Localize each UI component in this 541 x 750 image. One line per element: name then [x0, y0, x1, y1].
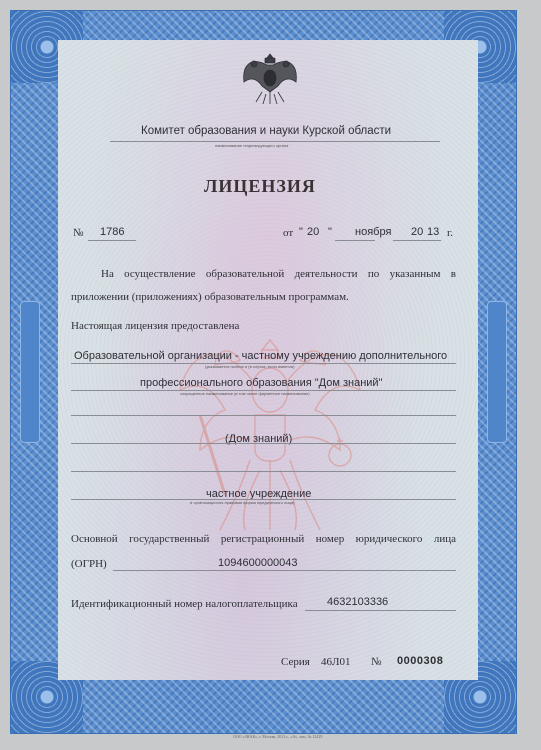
inn-value: 4632103336: [327, 596, 388, 608]
license-number-label: №: [73, 227, 84, 239]
organization-line-3-underline: [71, 415, 456, 416]
date-quote-open: ": [299, 226, 303, 238]
license-number: 1786: [100, 226, 124, 238]
printer-imprint: ООО «ЗНАК», г. Москва, 2012 г., «А», лиц…: [233, 734, 322, 739]
organization-line-2-hint: сокращенное наименование (в том числе фи…: [180, 391, 310, 396]
date-day: 20: [307, 226, 319, 238]
ornament-side-left: [20, 301, 40, 443]
document-title: ЛИЦЕНЗИЯ: [204, 176, 316, 197]
serial-number: 0000308: [397, 655, 443, 667]
date-year-underline: [393, 240, 441, 241]
authority-underline: [110, 141, 440, 142]
date-suffix: г.: [447, 227, 453, 239]
series-label: Серия: [281, 656, 310, 668]
inn-underline: [305, 610, 456, 611]
ornament-side-right: [487, 301, 507, 443]
date-year-suffix: 13: [427, 226, 439, 238]
organization-line-4-underline: [71, 443, 456, 444]
inn-label: Идентификационный номер налогоплательщик…: [71, 598, 298, 610]
ogrn-underline: [113, 570, 456, 571]
date-year-prefix: 20: [411, 226, 423, 238]
authority-hint: наименование лицензирующего органа: [215, 143, 288, 148]
organization-name-line-2: профессионального образования "Дом знани…: [140, 377, 382, 389]
ogrn-label-line-2: (ОГРН): [71, 558, 107, 570]
date-month-underline: [335, 240, 375, 241]
date-prefix: от: [283, 227, 293, 239]
license-number-underline: [88, 240, 136, 241]
purpose-line-1: На осуществление образовательной деятель…: [101, 268, 456, 280]
purpose-line-2: приложении (приложениях) образовательным…: [71, 291, 349, 303]
organization-name-line-1: Образовательной организации - частному у…: [74, 350, 447, 362]
ogrn-value: 1094600000043: [218, 557, 298, 569]
organization-line-5-underline: [71, 471, 456, 472]
coat-of-arms-icon: [240, 52, 300, 106]
date-quote-close: ": [328, 226, 332, 238]
organization-line-1-hint: (указывается полное и (в случае, если им…: [205, 364, 294, 369]
date-month: ноября: [355, 226, 391, 238]
series-value: 46Л01: [321, 656, 350, 668]
organization-legal-form-hint: и организационно-правовая форма юридичес…: [190, 500, 294, 505]
serial-number-label: №: [371, 656, 382, 668]
granted-to-label: Настоящая лицензия предоставлена: [71, 320, 239, 332]
ogrn-label-line-1: Основной государственный регистрационный…: [71, 533, 456, 545]
licensing-authority: Комитет образования и науки Курской обла…: [141, 125, 391, 137]
